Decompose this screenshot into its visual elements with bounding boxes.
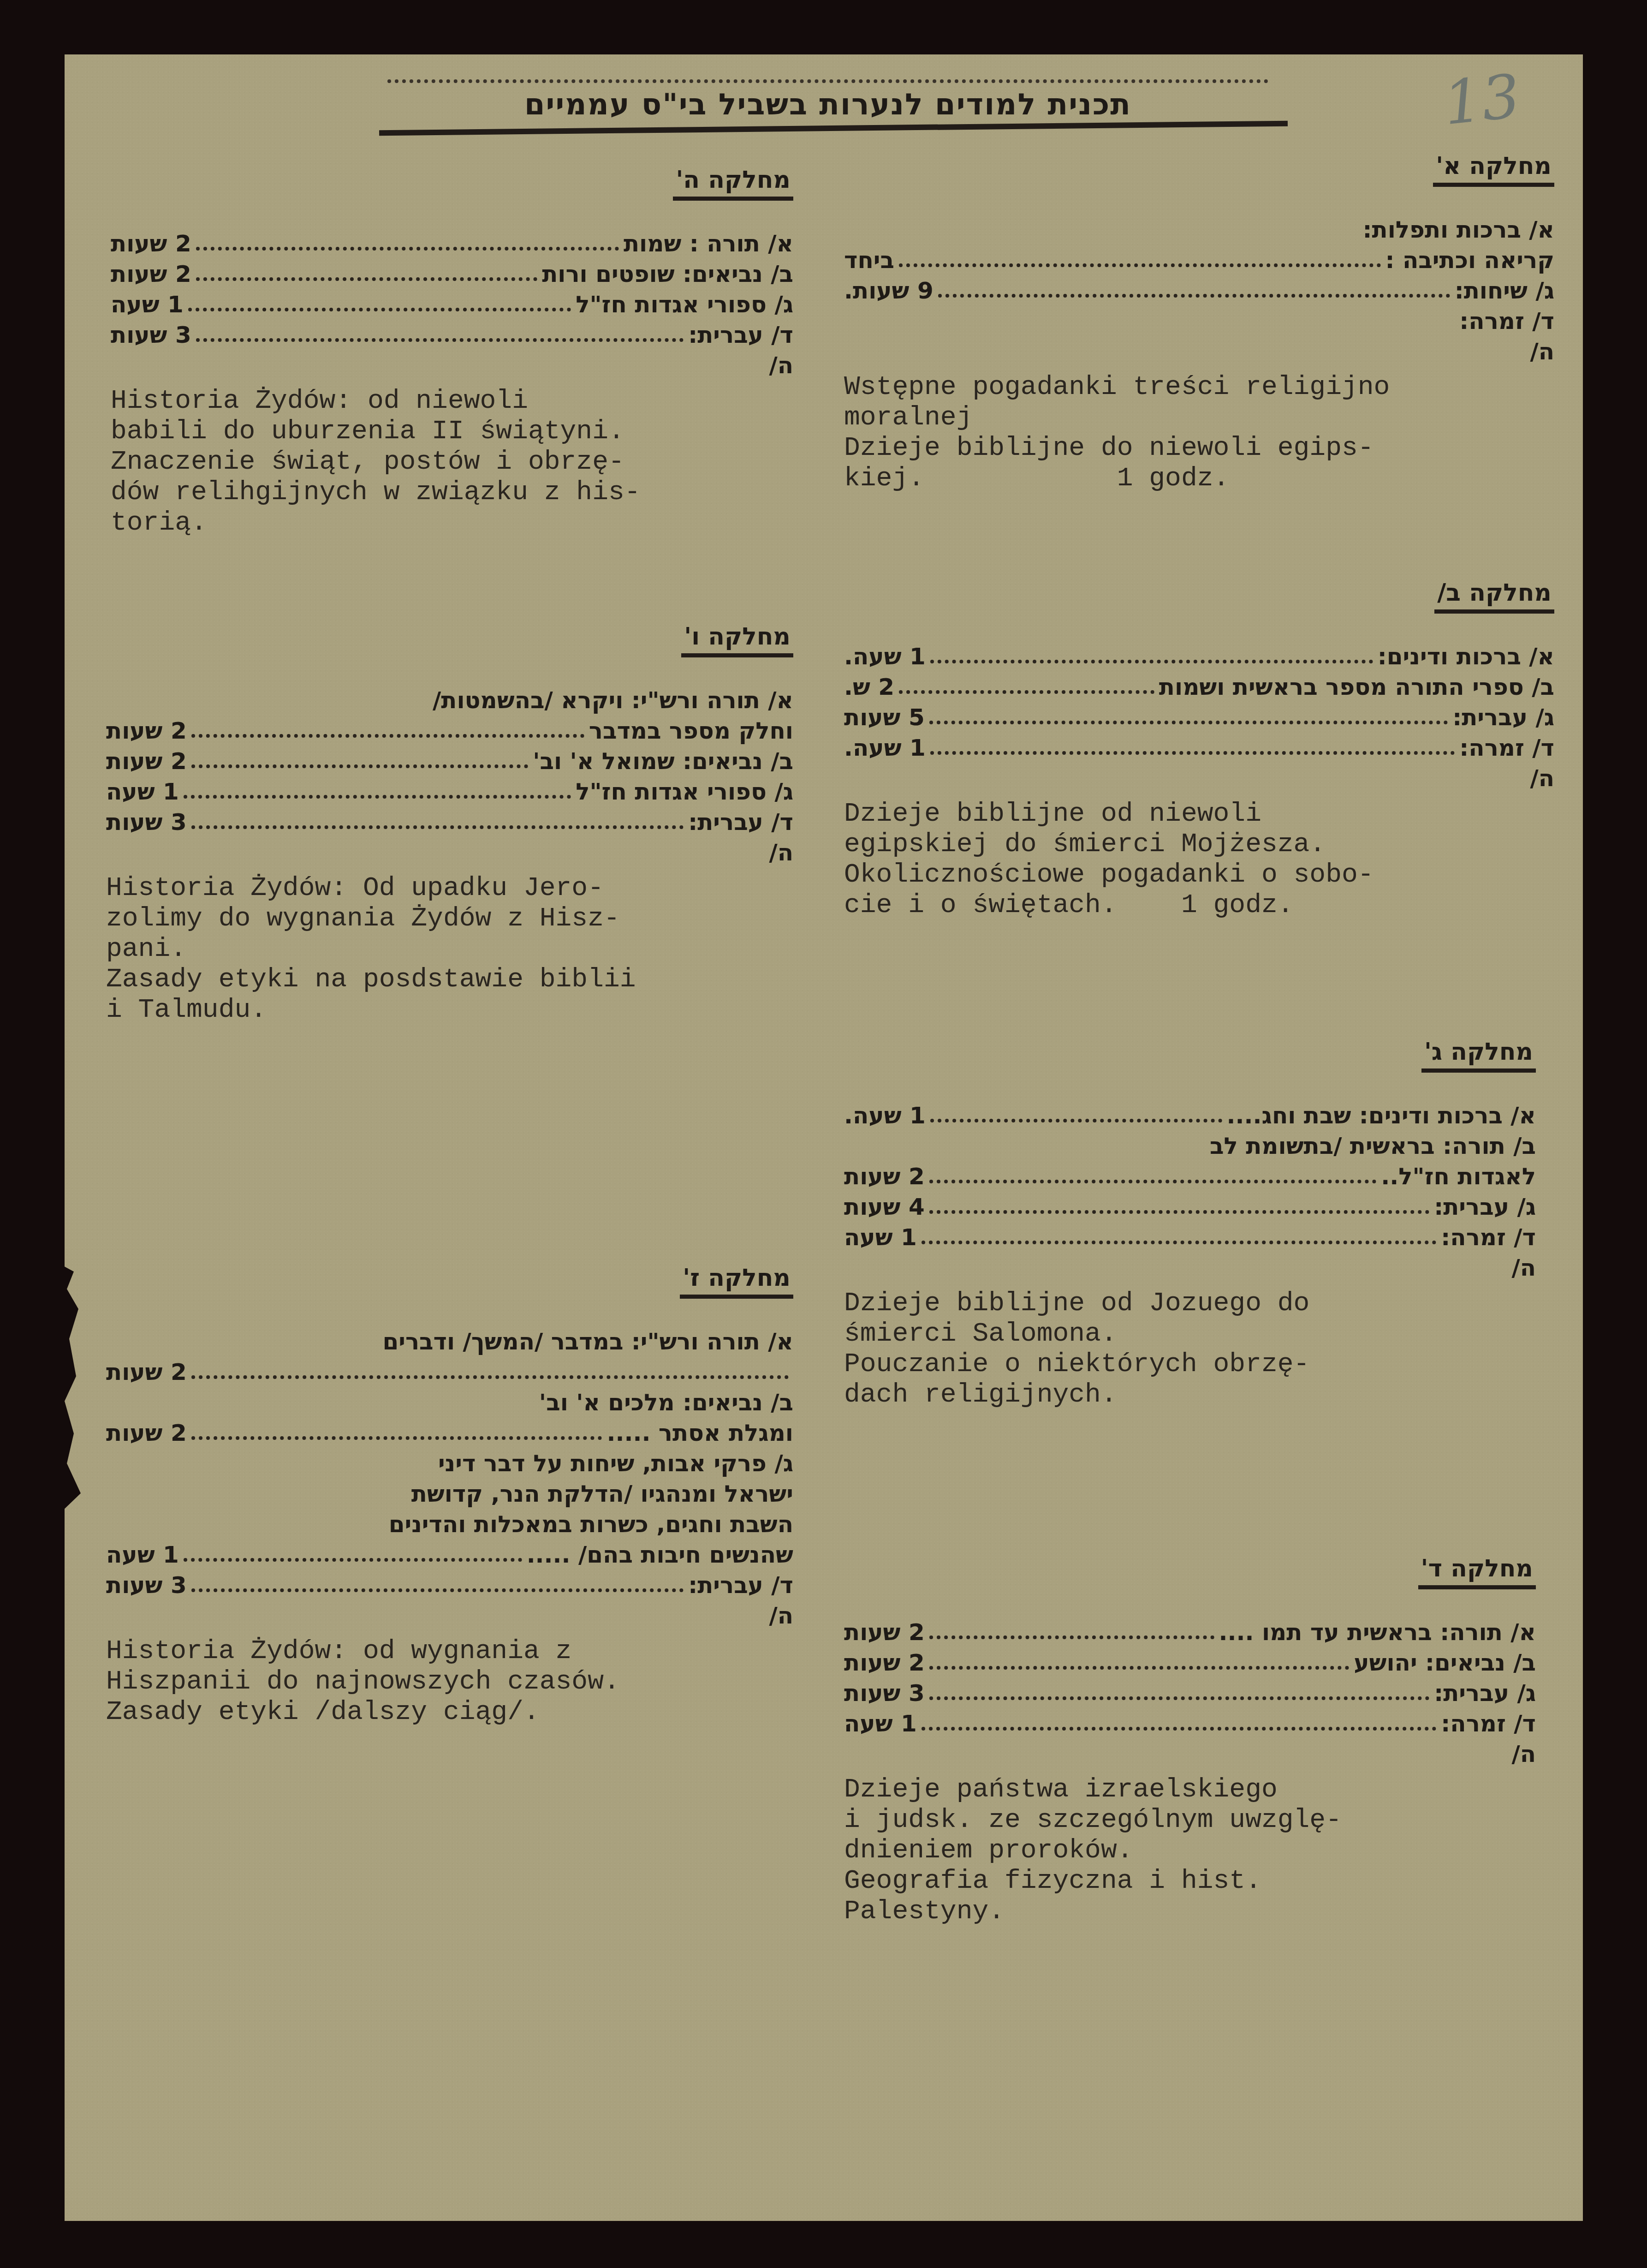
subject-label: ד/ עברית: xyxy=(688,807,793,837)
dotted-leader xyxy=(849,763,1525,785)
section-description: Wstępne pogadanki treści religijnomoraln… xyxy=(844,372,1554,494)
description-line: Dzieje biblijne do niewoli egips- xyxy=(844,433,1554,464)
description-line: torią. xyxy=(111,508,793,538)
description-line: zolimy do wygnania Żydów z Hisz- xyxy=(106,904,793,934)
dotted-leader xyxy=(111,685,428,707)
subject-label: שהנשים חיבות בהם/ ..... xyxy=(527,1540,793,1570)
dotted-leader xyxy=(922,1708,1437,1731)
subject-row: ב/ נביאים: שופטים ורות2 שעות xyxy=(111,259,793,289)
subject-list: א/ תורה: בראשית עד תמו ....2 שעותב/ נביא… xyxy=(844,1617,1536,1769)
section-description: Dzieje państwa izraelskiegoi judsk. ze s… xyxy=(844,1775,1536,1927)
description-line: Geografia fizyczna i hist. xyxy=(844,1866,1536,1897)
section-heading: מחלקה א' xyxy=(1433,152,1554,187)
section-class-6: מחלקה ו'א/ תורה ורש"י: ויקרא /בהשמטות/וח… xyxy=(106,623,793,1026)
description-line: Okolicznościowe pogadanki o sobo- xyxy=(844,860,1554,890)
hours-value: 1 שעה xyxy=(106,1540,179,1570)
hours-value: 2 שעות xyxy=(111,228,191,259)
subject-row: ד/ עברית:3 שעות xyxy=(106,807,793,837)
subject-label: ב/ נביאים: יהושע xyxy=(1354,1647,1536,1678)
description-line: Znaczenie świąt, postów i obrzę- xyxy=(111,447,793,477)
subject-label: ג/ שיחות: xyxy=(1455,275,1554,306)
subject-label: ד/ זמרה: xyxy=(1459,306,1554,336)
dotted-leader xyxy=(922,1222,1437,1244)
dotted-leader xyxy=(111,1387,535,1409)
dotted-leader xyxy=(111,1479,407,1501)
section-class-7: מחלקה ז'א/ תורה ורש"י: במדבר /המשך/ ודבר… xyxy=(106,1264,793,1728)
subject-row: ב/ תורה: בראשית /בתשומת לב xyxy=(844,1131,1536,1161)
subject-row: ישראל ומנהגיו /הדלקת הנר, קדושת xyxy=(106,1479,793,1509)
dotted-leader xyxy=(930,1100,1222,1122)
dotted-leader xyxy=(191,1357,789,1379)
subject-row: ג/ שיחות:9 שעות. xyxy=(844,275,1554,306)
description-line: Dzieje biblijne od Jozuego do xyxy=(844,1289,1536,1319)
subject-label: א/ תורה: בראשית עד תמו .... xyxy=(1219,1617,1536,1647)
dotted-leader xyxy=(929,702,1448,724)
subject-label: א/ תורה ורש"י: במדבר /המשך/ ודברים xyxy=(382,1326,793,1357)
dotted-leader xyxy=(184,776,571,799)
subject-label: א/ ברכות ותפלות: xyxy=(1363,215,1554,245)
subject-label: ה/ xyxy=(769,1600,793,1631)
subject-row: א/ ברכות ודינים:1 שעה. xyxy=(844,641,1554,672)
subject-row: 2 שעות xyxy=(106,1357,793,1387)
subject-label: ה/ xyxy=(1530,763,1554,794)
subject-row: ה/ xyxy=(844,763,1554,794)
dotted-leader xyxy=(196,259,537,281)
hours-value: ביחד xyxy=(844,245,894,275)
subject-label: ג/ ספורי אגדות חז"ל xyxy=(576,776,793,807)
subject-label: לאגדות חז"ל.. xyxy=(1381,1161,1536,1192)
dotted-leader xyxy=(849,306,1455,328)
dotted-leader xyxy=(849,1739,1507,1761)
subject-row: ה/ xyxy=(111,350,793,381)
subject-list: א/ תורה ורש"י: במדבר /המשך/ ודברים2 שעות… xyxy=(106,1326,793,1631)
hours-value: 2 שעות xyxy=(106,1418,187,1448)
dotted-leader xyxy=(184,1540,522,1562)
subject-label: א/ ברכות ודינים: שבת וחג.... xyxy=(1227,1100,1536,1131)
description-line: Historia Żydów: od niewoli xyxy=(111,386,793,417)
subject-row: קריאה וכתיבה :ביחד xyxy=(844,245,1554,275)
description-line: Palestyny. xyxy=(844,1897,1536,1927)
subject-row: ב/ נביאים: שמואל א' וב'2 שעות xyxy=(106,746,793,776)
subject-label: ג/ עברית: xyxy=(1434,1678,1536,1708)
dotted-leader xyxy=(929,1678,1429,1700)
description-line: Zasady etyki /dalszy ciąg/. xyxy=(106,1697,793,1728)
section-heading: מחלקה ה' xyxy=(673,166,793,201)
section-heading-wrap: מחלקה ז' xyxy=(106,1264,793,1299)
subject-label: ג/ עברית: xyxy=(1434,1192,1536,1222)
dotted-leader xyxy=(929,1617,1214,1639)
subject-label: ה/ xyxy=(1511,1739,1536,1769)
hours-value: 5 שעות xyxy=(844,702,925,733)
subject-label: ד/ זמרה: xyxy=(1459,733,1554,763)
hours-value: 3 שעות xyxy=(106,807,187,837)
dotted-leader xyxy=(899,672,1154,694)
hours-value: 2 שעות xyxy=(111,259,191,289)
subject-row: ג/ פרקי אבות, שיחות על דבר דיני xyxy=(106,1448,793,1479)
hours-value: 1 שעה xyxy=(111,289,184,320)
dotted-leader xyxy=(115,350,764,372)
subject-row: ה/ xyxy=(844,1739,1536,1769)
section-heading: מחלקה ו' xyxy=(681,623,793,657)
description-line: Zasady etyki na posdstawie biblii xyxy=(106,965,793,995)
subject-label: ה/ xyxy=(1530,336,1554,367)
description-line: Dzieje biblijne od niewoli xyxy=(844,799,1554,830)
subject-list: א/ ברכות ודינים:1 שעה.ב/ ספרי התורה מספר… xyxy=(844,641,1554,794)
subject-label: ה/ xyxy=(769,350,793,381)
subject-row: א/ תורה : שמות2 שעות xyxy=(111,228,793,259)
section-class-5: מחלקה ה'א/ תורה : שמות2 שעותב/ נביאים: ש… xyxy=(111,166,793,538)
description-line: Historia Żydów: Od upadku Jero- xyxy=(106,873,793,904)
section-description: Historia Żydów: od wygnania zHiszpanii d… xyxy=(106,1636,793,1728)
hours-value: 2 שעות xyxy=(844,1647,925,1678)
section-heading: מחלקה ב/ xyxy=(1434,579,1554,614)
hours-value: 1 שעה. xyxy=(844,1100,926,1131)
section-description: Dzieje biblijne od Jozuego dośmierci Sal… xyxy=(844,1289,1536,1410)
subject-label: ב/ נביאים: מלכים א' וב' xyxy=(539,1387,793,1418)
dotted-leader xyxy=(111,837,764,859)
subject-row: ה/ xyxy=(844,1253,1536,1283)
subject-label: ד/ זמרה: xyxy=(1441,1222,1536,1253)
dotted-leader xyxy=(191,1570,684,1592)
description-line: moralnej xyxy=(844,403,1554,433)
section-heading: מחלקה ד' xyxy=(1418,1555,1536,1589)
subject-row: ד/ זמרה: xyxy=(844,306,1554,336)
subject-label: ב/ ספרי התורה מספר בראשית ושמות xyxy=(1159,672,1554,702)
dotted-leader xyxy=(849,1253,1507,1275)
dotted-leader xyxy=(191,716,584,738)
section-class-1: מחלקה א'א/ ברכות ותפלות:קריאה וכתיבה :בי… xyxy=(844,152,1554,494)
dotted-leader xyxy=(191,1418,602,1440)
subject-label: וחלק מספר במדבר xyxy=(589,716,793,746)
description-line: Dzieje państwa izraelskiego xyxy=(844,1775,1536,1805)
subject-list: א/ תורה ורש"י: ויקרא /בהשמטות/וחלק מספר … xyxy=(106,685,793,868)
subject-label: ב/ נביאים: שמואל א' וב' xyxy=(533,746,793,776)
description-line: i judsk. ze szczególnym uwzglę- xyxy=(844,1805,1536,1836)
hours-value: 1 שעה xyxy=(844,1222,917,1253)
subject-label: ג/ ספורי אגדות חז"ל xyxy=(576,289,793,320)
subject-list: א/ תורה : שמות2 שעותב/ נביאים: שופטים ור… xyxy=(111,228,793,381)
description-line: dach religijnych. xyxy=(844,1380,1536,1410)
subject-label: ה/ xyxy=(769,837,793,868)
document-title: תכנית למודים לנערות בשביל בי"ס עממיים xyxy=(378,88,1278,122)
dotted-leader xyxy=(191,746,528,768)
section-description: Historia Żydów: Od upadku Jero-zolimy do… xyxy=(106,873,793,1026)
dotted-leader xyxy=(111,1600,764,1623)
subject-row: א/ תורה ורש"י: ויקרא /בהשמטות/ xyxy=(106,685,793,716)
description-line: dnieniem proroków. xyxy=(844,1836,1536,1866)
description-line: Hiszpanii do najnowszych czasów. xyxy=(106,1667,793,1697)
hours-value: 2 שעות xyxy=(106,1357,187,1387)
dotted-leader xyxy=(111,1448,434,1470)
subject-row: ד/ זמרה:1 שעה xyxy=(844,1222,1536,1253)
section-heading: מחלקה ז' xyxy=(680,1264,793,1299)
description-line: śmierci Salomona. xyxy=(844,1319,1536,1349)
subject-row: ג/ ספורי אגדות חז"ל1 שעה xyxy=(111,289,793,320)
hours-value: 2 שעות xyxy=(844,1161,925,1192)
section-heading-wrap: מחלקה ו' xyxy=(106,623,793,657)
subject-label: ה/ xyxy=(1511,1253,1536,1283)
subject-label: ד/ זמרה: xyxy=(1441,1708,1536,1739)
hours-value: 2 שעות xyxy=(844,1617,925,1647)
subject-row: ד/ זמרה:1 שעה xyxy=(844,1708,1536,1739)
section-heading-wrap: מחלקה ד' xyxy=(844,1555,1536,1589)
dotted-leader xyxy=(111,1326,378,1349)
dotted-leader xyxy=(196,228,619,251)
hours-value: 1 שעה xyxy=(106,776,179,807)
subject-row: א/ תורה ורש"י: במדבר /המשך/ ודברים xyxy=(106,1326,793,1357)
section-heading-wrap: מחלקה ה' xyxy=(111,166,793,201)
subject-row: א/ תורה: בראשית עד תמו ....2 שעות xyxy=(844,1617,1536,1647)
subject-row: ג/ עברית:3 שעות xyxy=(844,1678,1536,1708)
subject-label: ג/ עברית: xyxy=(1452,702,1554,733)
subject-row: שהנשים חיבות בהם/ .....1 שעה xyxy=(106,1540,793,1570)
subject-row: ג/ ספורי אגדות חז"ל1 שעה xyxy=(106,776,793,807)
subject-row: וחלק מספר במדבר2 שעות xyxy=(106,716,793,746)
description-line: kiej. 1 godz. xyxy=(844,464,1554,494)
hours-value: 2 שעות xyxy=(106,716,187,746)
dotted-leader xyxy=(899,245,1381,267)
hours-value: 3 שעות xyxy=(106,1570,187,1600)
hours-value: 1 שעה xyxy=(844,1708,917,1739)
subject-row: ד/ עברית:3 שעות xyxy=(106,1570,793,1600)
dotted-leader xyxy=(849,1131,1205,1153)
subject-row: ד/ זמרה:1 שעה. xyxy=(844,733,1554,763)
dotted-leader xyxy=(930,641,1373,663)
dotted-leader xyxy=(196,320,684,342)
description-line: dów relihgijnych w związku z his- xyxy=(111,477,793,508)
subject-row: ה/ xyxy=(106,1600,793,1631)
dotted-leader xyxy=(849,336,1525,358)
description-line: cie i o świętach. 1 godz. xyxy=(844,890,1554,921)
subject-row: ה/ xyxy=(106,837,793,868)
subject-row: השבת וחגים, כשרות במאכלות והדינים xyxy=(106,1509,793,1540)
section-heading-wrap: מחלקה ג' xyxy=(844,1038,1536,1073)
hours-value: 2 ש. xyxy=(844,672,894,702)
hours-value: 3 שעות xyxy=(111,320,191,350)
section-class-2: מחלקה ב/א/ ברכות ודינים:1 שעה.ב/ ספרי הת… xyxy=(844,579,1554,921)
subject-list: א/ ברכות ותפלות:קריאה וכתיבה :ביחדג/ שיח… xyxy=(844,215,1554,367)
dotted-leader xyxy=(191,807,684,829)
subject-row: א/ ברכות ודינים: שבת וחג....1 שעה. xyxy=(844,1100,1536,1131)
dotted-leader xyxy=(111,1509,384,1531)
subject-label: ג/ פרקי אבות, שיחות על דבר דיני xyxy=(438,1448,793,1479)
description-line: Historia Żydów: od wygnania z xyxy=(106,1636,793,1667)
subject-row: ומגלת אסתר .....2 שעות xyxy=(106,1418,793,1448)
subject-row: ד/ עברית:3 שעות xyxy=(111,320,793,350)
section-heading-wrap: מחלקה ב/ xyxy=(844,579,1554,614)
description-line: Pouczanie o niektórych obrzę- xyxy=(844,1349,1536,1380)
hours-value: 3 שעות xyxy=(844,1678,925,1708)
section-heading: מחלקה ג' xyxy=(1421,1038,1536,1073)
subject-label: ומגלת אסתר ..... xyxy=(606,1418,793,1448)
subject-row: א/ ברכות ותפלות: xyxy=(844,215,1554,245)
description-line: egipskiej do śmierci Mojżesza. xyxy=(844,830,1554,860)
dotted-leader xyxy=(929,1161,1376,1183)
hours-value: 4 שעות xyxy=(844,1192,925,1222)
dotted-leader xyxy=(929,1192,1429,1214)
subject-label: ד/ עברית: xyxy=(688,320,793,350)
dotted-leader xyxy=(188,289,571,311)
hours-value: 9 שעות. xyxy=(844,275,933,306)
title-dotted-rule xyxy=(387,79,1268,83)
description-line: pani. xyxy=(106,934,793,965)
description-line: i Talmudu. xyxy=(106,995,793,1026)
section-heading-wrap: מחלקה א' xyxy=(844,152,1554,187)
description-line: babili do uburzenia II świątyni. xyxy=(111,417,793,447)
page-number: 13 xyxy=(1440,61,1523,138)
dotted-leader xyxy=(938,275,1450,298)
subject-label: השבת וחגים, כשרות במאכלות והדינים xyxy=(389,1509,793,1540)
subject-label: א/ ברכות ודינים: xyxy=(1378,641,1554,672)
subject-row: ג/ עברית:5 שעות xyxy=(844,702,1554,733)
description-line: Wstępne pogadanki treści religijno xyxy=(844,372,1554,403)
dotted-leader xyxy=(930,733,1455,755)
section-description: Dzieje biblijne od niewoliegipskiej do ś… xyxy=(844,799,1554,921)
subject-list: א/ ברכות ודינים: שבת וחג....1 שעה.ב/ תור… xyxy=(844,1100,1536,1283)
subject-row: ב/ ספרי התורה מספר בראשית ושמות2 ש. xyxy=(844,672,1554,702)
section-class-4: מחלקה ד'א/ תורה: בראשית עד תמו ....2 שעו… xyxy=(844,1555,1536,1927)
subject-row: ב/ נביאים: מלכים א' וב' xyxy=(106,1387,793,1418)
subject-label: ב/ תורה: בראשית /בתשומת לב xyxy=(1210,1131,1536,1161)
subject-row: ג/ עברית:4 שעות xyxy=(844,1192,1536,1222)
hours-value: 1 שעה. xyxy=(844,641,926,672)
subject-label: ישראל ומנהגיו /הדלקת הנר, קדושת xyxy=(411,1479,793,1509)
subject-label: ב/ נביאים: שופטים ורות xyxy=(542,259,793,289)
subject-row: ה/ xyxy=(844,336,1554,367)
subject-row: ב/ נביאים: יהושע2 שעות xyxy=(844,1647,1536,1678)
section-class-3: מחלקה ג'א/ ברכות ודינים: שבת וחג....1 שע… xyxy=(844,1038,1536,1410)
dotted-leader xyxy=(849,215,1358,237)
subject-label: ד/ עברית: xyxy=(688,1570,793,1600)
hours-value: 2 שעות xyxy=(106,746,187,776)
subject-label: א/ תורה : שמות xyxy=(624,228,793,259)
subject-label: א/ תורה ורש"י: ויקרא /בהשמטות/ xyxy=(433,685,793,716)
subject-label: קריאה וכתיבה : xyxy=(1385,245,1554,275)
hours-value: 1 שעה. xyxy=(844,733,926,763)
section-description: Historia Żydów: od niewolibabili do ubur… xyxy=(111,386,793,538)
subject-row: לאגדות חז"ל..2 שעות xyxy=(844,1161,1536,1192)
title-text: תכנית למודים לנערות בשביל בי"ס עממיים xyxy=(524,88,1131,122)
dotted-leader xyxy=(929,1647,1349,1670)
